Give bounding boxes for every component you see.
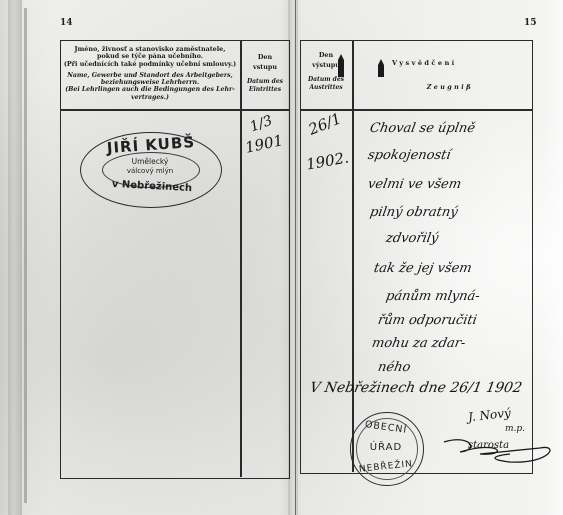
right-column-divider: [352, 40, 354, 472]
certificate-line-9: mohu za zdar-: [371, 337, 467, 350]
entry-date-column-header: Den vstupu Datum des Eintrittes: [242, 52, 288, 94]
certificate-line-8: řům odporučiti: [377, 314, 478, 327]
page-stack-edge: [8, 0, 22, 515]
pointing-hand-icon: [335, 52, 347, 78]
stamp-line-mlyn: válcový mlýn: [110, 167, 190, 175]
stamp-line-umelecky: Umělecký: [110, 157, 190, 166]
certificate-line-3: velmi ve všem: [367, 178, 462, 191]
certificate-line-2: spokojeností: [367, 149, 452, 162]
place-and-date: V Nebřežinech dne 26/1 1902: [309, 382, 523, 395]
employer-header-cz: Jméno, živnosť a stanovisko zaměstnatele…: [62, 46, 238, 68]
certificate-line-1: Choval se úplně: [369, 122, 476, 135]
stamp-urad: ÚŘAD: [356, 442, 416, 453]
page-number-left: 14: [60, 18, 73, 28]
certificate-line-4: pilný obratný: [369, 206, 459, 219]
certificate-header-de: Zeugniß: [410, 83, 490, 91]
page-stack-edge-line: [24, 8, 27, 503]
signature-flourish-icon: [440, 430, 555, 466]
book-spine-crease: [295, 0, 296, 515]
certificate-header-cz: Vysvědčení: [392, 59, 512, 67]
left-page-table-frame: [60, 40, 290, 479]
pointing-mark-icon: [377, 58, 385, 78]
certificate-line-5: zdvořilý: [385, 232, 440, 245]
left-header-rule: [60, 109, 290, 111]
employer-column-header: Jméno, živnosť a stanovisko zaměstnatele…: [62, 46, 238, 101]
page-number-right: 15: [524, 18, 537, 28]
left-column-divider: [240, 40, 242, 477]
certificate-line-10: ného: [377, 361, 412, 374]
employer-header-de: Name, Gewerbe und Standort des Arbeitgeb…: [62, 72, 238, 101]
certificate-line-7: pánům mlyná-: [385, 290, 481, 303]
certificate-line-6: tak že jej všem: [373, 262, 473, 275]
